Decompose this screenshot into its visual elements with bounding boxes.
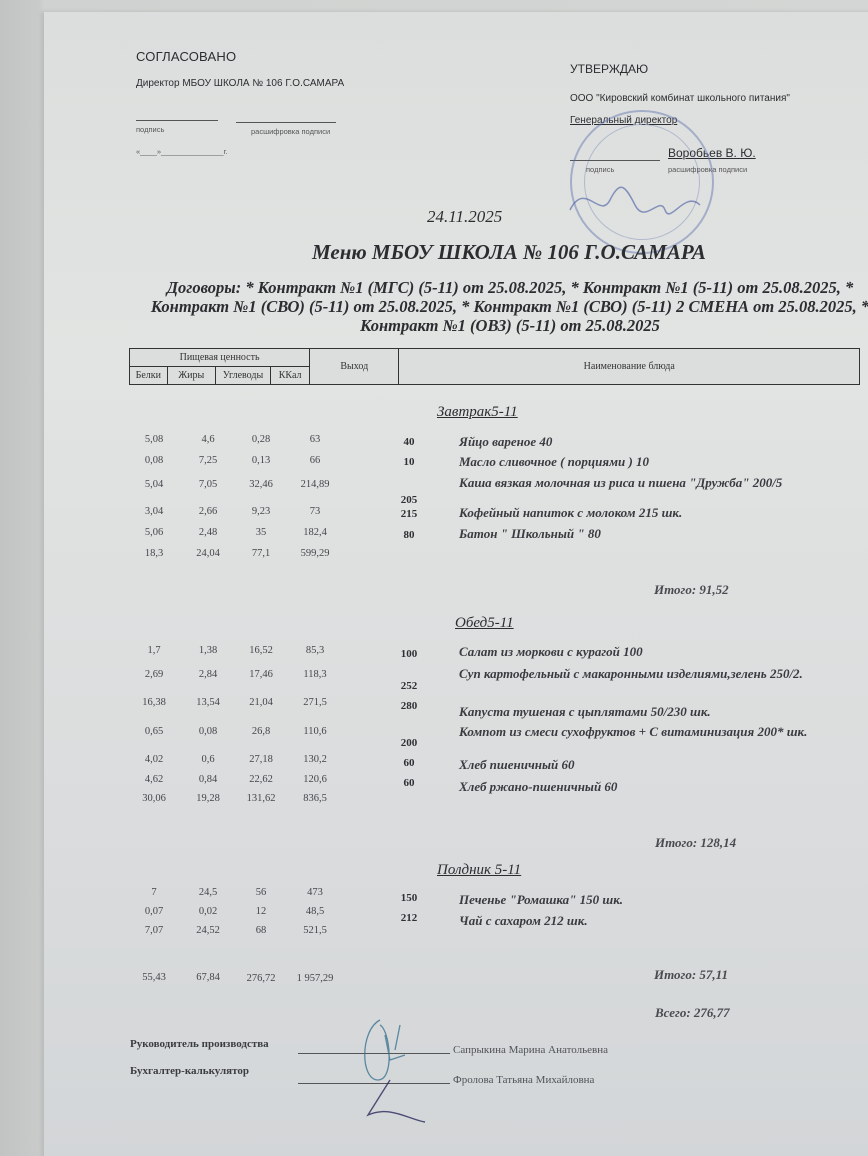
contracts-list: Договоры: * Контракт №1 (МГС) (5-11) от … xyxy=(150,278,868,335)
dish-name: Чай с сахаром 212 шк. xyxy=(459,914,859,928)
dish-name: Каша вязкая молочная из риса и пшена "Др… xyxy=(459,476,859,490)
nutrition-carbs: 35 xyxy=(236,527,286,538)
nutrition-carbs: 56 xyxy=(236,887,286,898)
nutrition-fat: 0,84 xyxy=(183,774,233,785)
organization-name: ООО "Кировский комбинат школьного питани… xyxy=(570,93,790,104)
dish-name: Хлеб пшеничный 60 xyxy=(459,758,859,772)
nutrition-fat: 13,54 xyxy=(183,697,233,708)
dish-name: Компот из смеси сухофруктов + С витамини… xyxy=(459,725,859,739)
handwritten-signature-icon xyxy=(350,1010,430,1130)
nutrition-header: Пищевая ценность xyxy=(130,349,310,367)
director-line: Директор МБОУ ШКОЛА № 106 Г.О.САМАРА xyxy=(136,78,344,89)
menu-date: 24.11.2025 xyxy=(427,207,502,227)
nutrition-fat: 7,25 xyxy=(183,455,233,466)
nutrition-protein: 4,02 xyxy=(129,754,179,765)
output-weight: 60 xyxy=(389,777,429,789)
grand-total: Всего: 276,77 xyxy=(655,1005,730,1021)
output-weight: 215 xyxy=(389,508,429,520)
section-sum-protein: 18,3 xyxy=(129,548,179,559)
nutrition-kcal: 130,2 xyxy=(290,754,340,765)
nutrition-kcal: 473 xyxy=(290,887,340,898)
nutrition-carbs: 12 xyxy=(236,906,286,917)
dish-name: Батон " Школьный " 80 xyxy=(459,527,859,541)
signature-caption: подпись xyxy=(136,125,164,134)
approved-heading: СОГЛАСОВАНО xyxy=(136,49,236,64)
signature-role: Руководитель производства xyxy=(130,1038,269,1050)
dish-name: Масло сливочное ( порциями ) 10 xyxy=(459,455,859,469)
nutrition-fat: 1,38 xyxy=(183,645,233,656)
section-sum-kcal: 599,29 xyxy=(290,548,340,559)
section-sum-carbs: 68 xyxy=(236,925,286,936)
grand-fat: 67,84 xyxy=(183,972,233,983)
dish-name: Печенье "Ромашка" 150 шк. xyxy=(459,893,859,907)
output-weight: 80 xyxy=(389,529,429,541)
nutrition-protein: 2,69 xyxy=(129,669,179,680)
document-page xyxy=(44,12,868,1156)
signature-decode-caption: расшифровка подписи xyxy=(251,127,330,136)
dish-name: Капуста тушеная с цыплятами 50/230 шк. xyxy=(459,705,859,719)
section-sum-carbs: 77,1 xyxy=(236,548,286,559)
fat-header: Жиры xyxy=(167,367,215,385)
signature-line xyxy=(136,120,218,121)
section-sum-fat: 24,04 xyxy=(183,548,233,559)
section-sum-protein: 30,06 xyxy=(129,793,179,804)
section-total: Итого: 91,52 xyxy=(654,582,729,598)
nutrition-carbs: 22,62 xyxy=(236,774,286,785)
output-weight: 150 xyxy=(389,892,429,904)
nutrition-carbs: 26,8 xyxy=(236,726,286,737)
nutrition-carbs: 0,28 xyxy=(236,434,286,445)
nutrition-kcal: 73 xyxy=(290,506,340,517)
section-total: Итого: 128,14 xyxy=(655,835,736,851)
nutrition-fat: 7,05 xyxy=(183,479,233,490)
nutrition-protein: 16,38 xyxy=(129,697,179,708)
section-title: Обед5-11 xyxy=(455,615,514,632)
nutrition-carbs: 17,46 xyxy=(236,669,286,680)
signature-decode-line xyxy=(236,122,336,123)
nutrition-carbs: 27,18 xyxy=(236,754,286,765)
nutrition-protein: 5,04 xyxy=(129,479,179,490)
nutrition-protein: 5,08 xyxy=(129,434,179,445)
nutrition-protein: 0,08 xyxy=(129,455,179,466)
nutrition-carbs: 16,52 xyxy=(236,645,286,656)
nutrition-fat: 2,66 xyxy=(183,506,233,517)
output-weight: 40 xyxy=(389,436,429,448)
nutrition-carbs: 21,04 xyxy=(236,697,286,708)
section-sum-kcal: 521,5 xyxy=(290,925,340,936)
section-sum-carbs: 131,62 xyxy=(236,793,286,804)
kcal-header: ККал xyxy=(271,367,310,385)
nutrition-fat: 0,02 xyxy=(183,906,233,917)
approve-heading: УТВЕРЖДАЮ xyxy=(570,62,648,76)
nutrition-kcal: 120,6 xyxy=(290,774,340,785)
nutrition-protein: 1,7 xyxy=(129,645,179,656)
nutrition-kcal: 48,5 xyxy=(290,906,340,917)
dish-name: Салат из моркови с курагой 100 xyxy=(459,645,859,659)
nutrition-protein: 7 xyxy=(129,887,179,898)
nutrition-kcal: 110,6 xyxy=(290,726,340,737)
section-sum-kcal: 836,5 xyxy=(290,793,340,804)
section-title: Полдник 5-11 xyxy=(437,862,521,879)
nutrition-carbs: 0,13 xyxy=(236,455,286,466)
output-header: Выход xyxy=(310,349,399,385)
output-weight: 212 xyxy=(389,912,429,924)
section-total: Итого: 57,11 xyxy=(654,967,728,983)
dish-name-header: Наименование блюда xyxy=(399,349,860,385)
nutrition-kcal: 63 xyxy=(290,434,340,445)
signature-scribble-icon xyxy=(565,175,705,225)
carbs-header: Углеводы xyxy=(215,367,270,385)
nutrition-protein: 4,62 xyxy=(129,774,179,785)
nutrition-protein: 0,65 xyxy=(129,726,179,737)
nutrition-protein: 0,07 xyxy=(129,906,179,917)
signature-role: Бухгалтер-калькулятор xyxy=(130,1065,249,1077)
nutrition-kcal: 66 xyxy=(290,455,340,466)
dish-name: Хлеб ржано-пшеничный 60 xyxy=(459,780,859,794)
section-sum-fat: 19,28 xyxy=(183,793,233,804)
menu-title: Меню МБОУ ШКОЛА № 106 Г.О.САМАРА xyxy=(312,240,706,265)
dish-name: Яйцо вареное 40 xyxy=(459,435,859,449)
section-title: Завтрак5-11 xyxy=(437,404,518,421)
nutrition-fat: 0,6 xyxy=(183,754,233,765)
output-weight: 280 xyxy=(389,700,429,712)
output-weight: 252 xyxy=(389,680,429,692)
grand-carbs: 276,72 xyxy=(236,973,286,984)
protein-header: Белки xyxy=(130,367,168,385)
grand-kcal: 1 957,29 xyxy=(290,973,340,984)
nutrition-protein: 5,06 xyxy=(129,527,179,538)
nutrition-fat: 2,48 xyxy=(183,527,233,538)
nutrition-kcal: 85,3 xyxy=(290,645,340,656)
section-sum-fat: 24,52 xyxy=(183,925,233,936)
output-weight: 60 xyxy=(389,757,429,769)
nutrition-kcal: 182,4 xyxy=(290,527,340,538)
nutrition-kcal: 271,5 xyxy=(290,697,340,708)
menu-table-header: Пищевая ценность Выход Наименование блюд… xyxy=(129,348,860,385)
output-weight: 200 xyxy=(389,737,429,749)
grand-protein: 55,43 xyxy=(129,972,179,983)
nutrition-carbs: 32,46 xyxy=(236,479,286,490)
nutrition-kcal: 214,89 xyxy=(290,479,340,490)
output-weight: 10 xyxy=(389,456,429,468)
dish-name: Суп картофельный с макаронными изделиями… xyxy=(459,667,859,681)
nutrition-protein: 3,04 xyxy=(129,506,179,517)
signature-name: Сапрыкина Марина Анатольевна xyxy=(453,1044,608,1056)
output-weight: 205 xyxy=(389,494,429,506)
nutrition-fat: 0,08 xyxy=(183,726,233,737)
nutrition-fat: 2,84 xyxy=(183,669,233,680)
signature-name: Фролова Татьяна Михайловна xyxy=(453,1074,594,1086)
output-weight: 100 xyxy=(389,648,429,660)
section-sum-protein: 7,07 xyxy=(129,925,179,936)
nutrition-fat: 24,5 xyxy=(183,887,233,898)
nutrition-fat: 4,6 xyxy=(183,434,233,445)
dish-name: Кофейный напиток с молоком 215 шк. xyxy=(459,506,859,520)
nutrition-carbs: 9,23 xyxy=(236,506,286,517)
date-line: «____»_______________г. xyxy=(136,147,228,156)
nutrition-kcal: 118,3 xyxy=(290,669,340,680)
